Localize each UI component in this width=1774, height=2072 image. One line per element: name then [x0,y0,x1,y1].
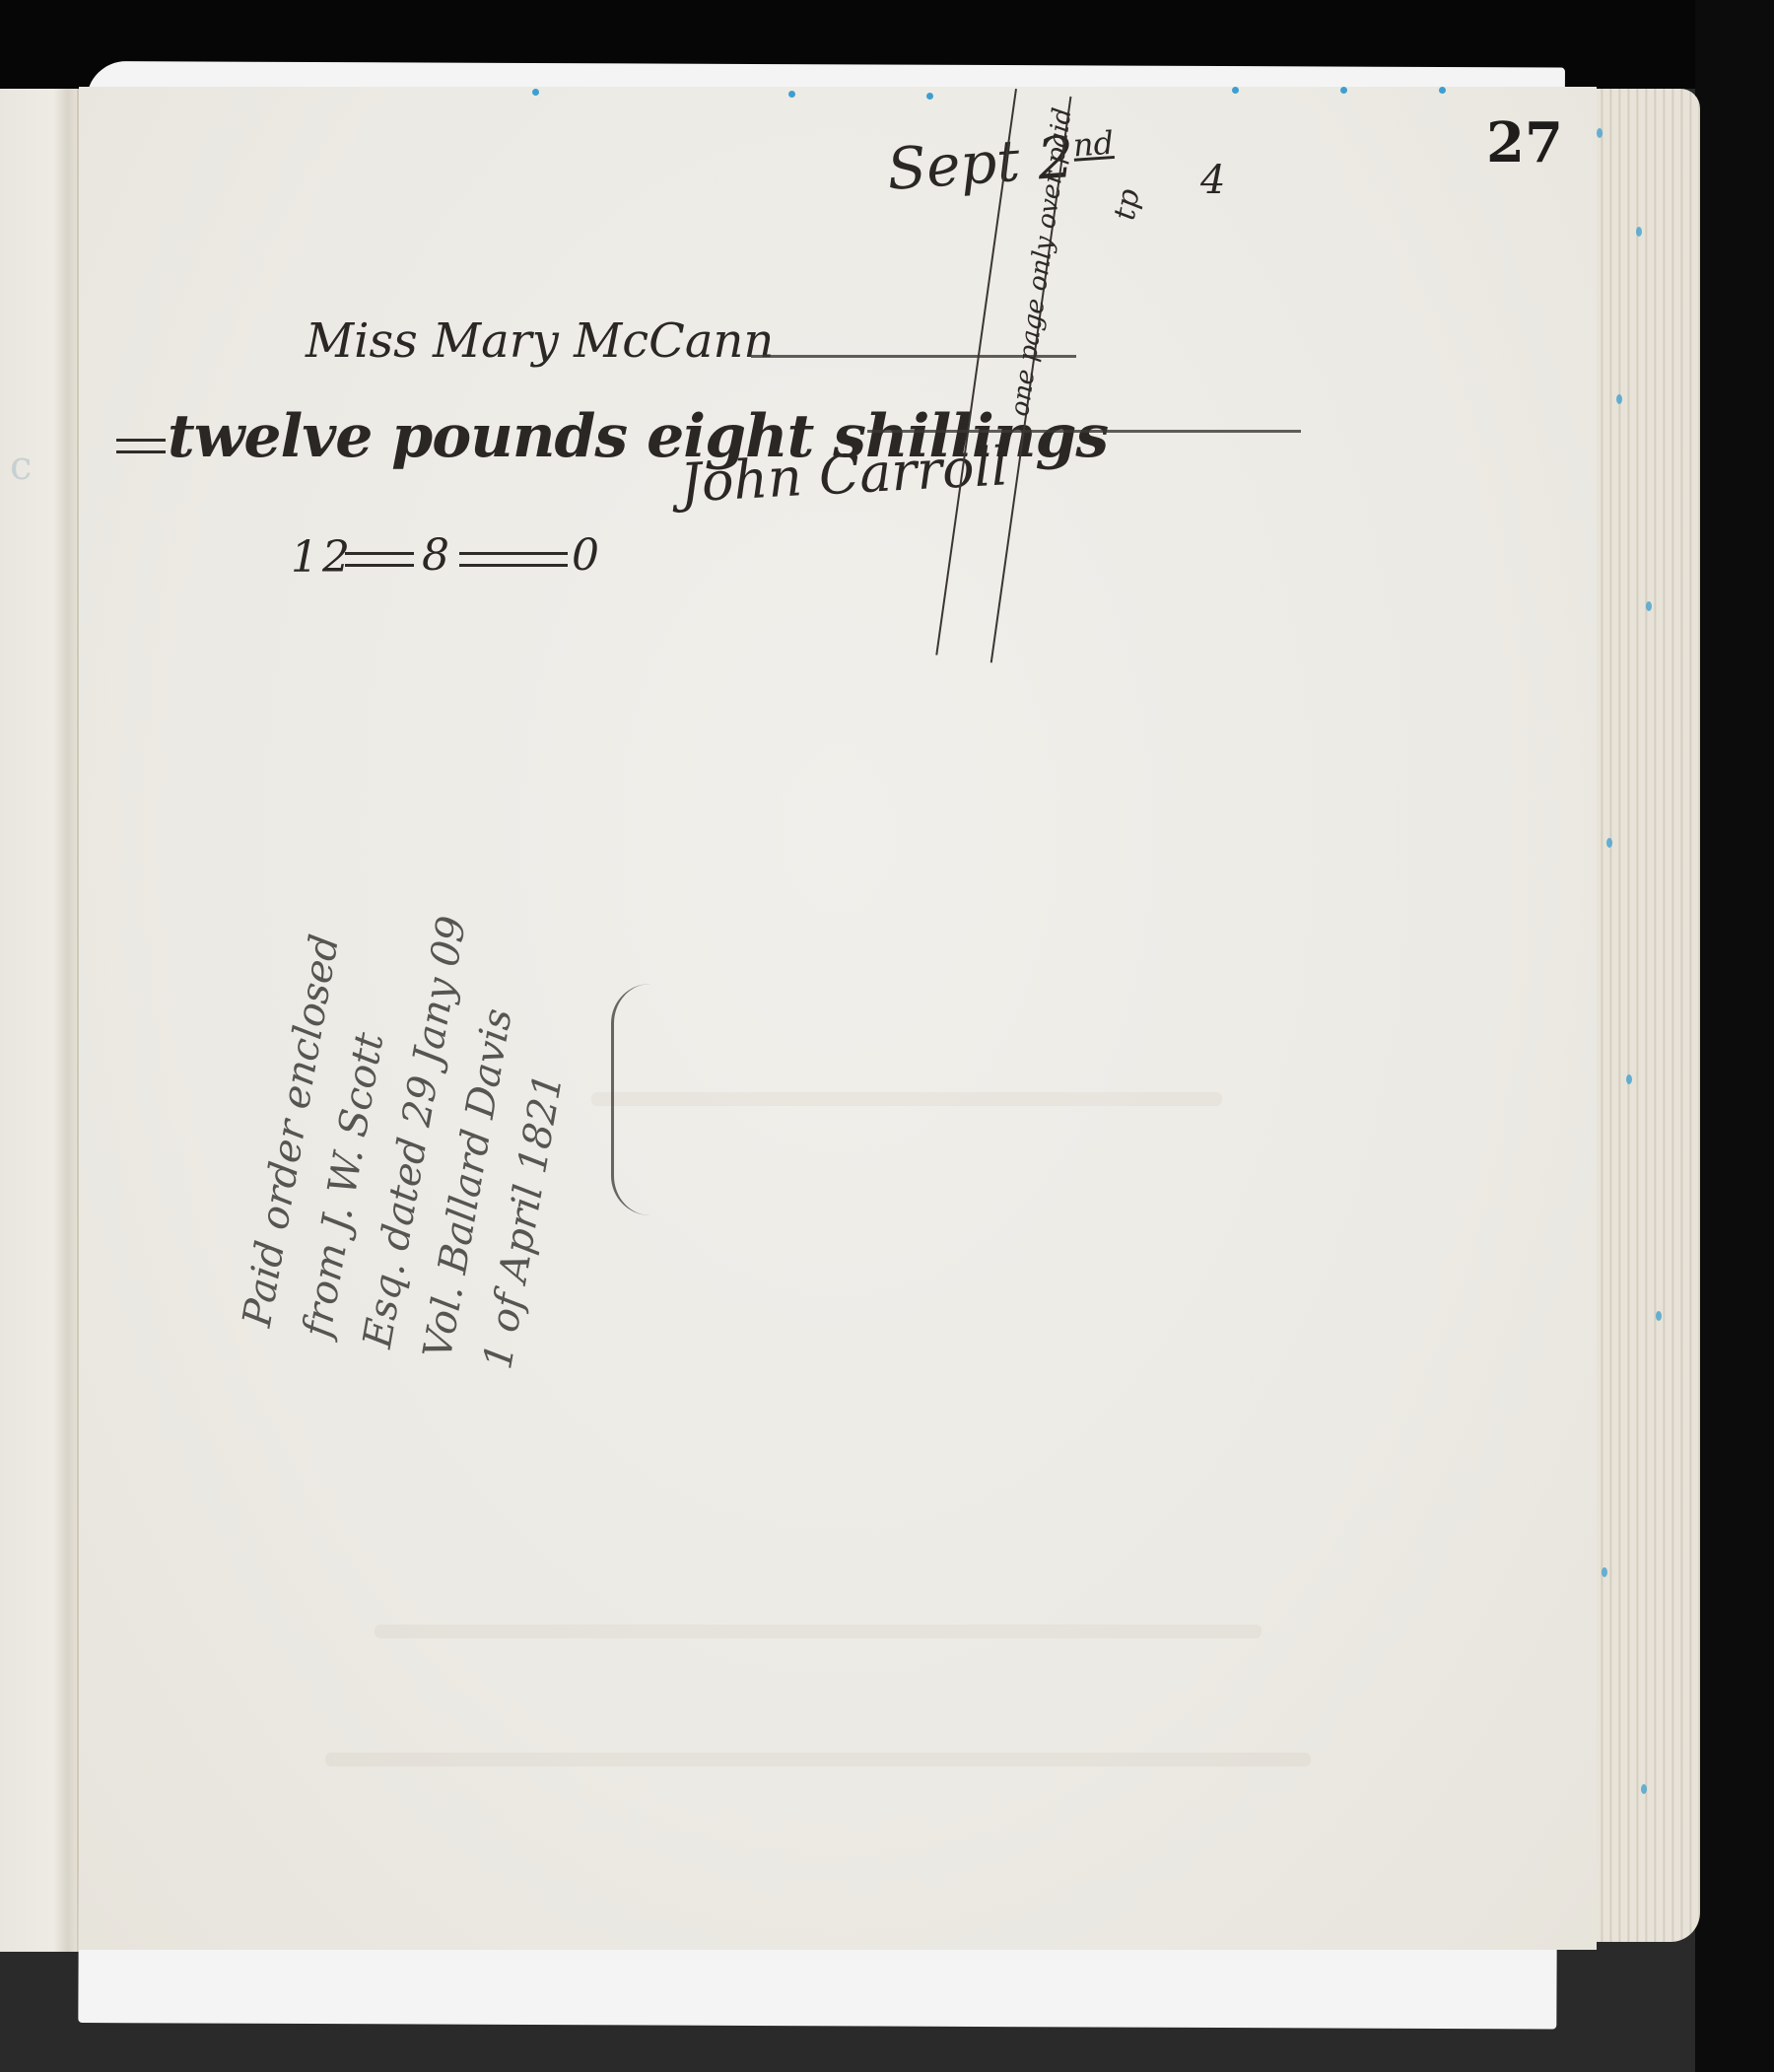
scan-background-right [1695,0,1774,2072]
speckle [926,93,933,100]
speckle [1626,1074,1632,1084]
speckle [1232,87,1239,94]
figures-rule [459,552,568,567]
payee-name: Miss Mary McCann [306,313,774,369]
speckle [1616,394,1622,404]
speckle [532,89,539,96]
left-page-bleed-mark: c [10,444,32,489]
entry-date-suffix: nd [1072,124,1116,165]
faint-show-through [591,1092,1222,1106]
speckle [1439,87,1446,94]
amount-shillings: 8 [422,530,449,581]
figures-rule [345,552,414,567]
faint-show-through [375,1624,1262,1638]
page-number: 27 [1486,110,1563,175]
speckle [1641,1784,1647,1794]
speckle [1602,1567,1607,1577]
speckle [1597,128,1603,138]
speckle [1340,87,1347,94]
left-facing-page: c [0,89,79,1952]
note-brace [611,984,663,1215]
speckle [788,91,795,98]
speckle [1656,1311,1662,1321]
amount-pence: 0 [572,530,599,581]
speckle [1646,601,1652,611]
amount-rule [867,430,1301,433]
amount-lead-rule [116,439,166,453]
column-number: 4 [1200,158,1225,203]
faint-show-through [325,1753,1311,1766]
margin-strip-mark: tp [1108,186,1147,223]
speckle [1636,227,1642,237]
speckle [1606,838,1612,848]
